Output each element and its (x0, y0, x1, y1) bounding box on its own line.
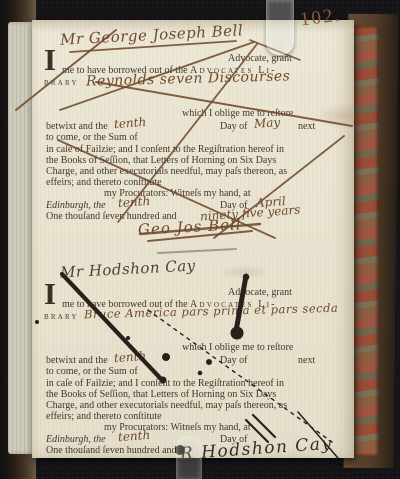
signature-handwritten: R Hodshon Cay (180, 439, 333, 461)
book-title-handwritten: Reynolds seven Discourses (86, 71, 291, 87)
drop-cap: I (44, 280, 56, 308)
ink-stain (315, 102, 373, 130)
edinburgh-day-handwritten: tenth (118, 430, 151, 443)
failzie-line: in caſe of Failzie; and I conſent to the… (46, 378, 284, 389)
open-book-photograph: 102. I Mr George Joseph Bell Advocate, g… (0, 0, 400, 479)
advocate-grant-label: Advocate, grant (228, 287, 292, 298)
transparent-book-strap-bottom (176, 436, 202, 479)
borrower-name-handwritten: Mr George Joseph Bell (60, 25, 244, 46)
failzie-line: in caſe of Failzie; and I conſent to the… (46, 144, 284, 155)
books-of-session-line: the Books of Seſſion, that Letters of Ho… (46, 389, 276, 400)
sum-line: to come, or the Sum of (46, 132, 138, 143)
effeirs-line: effeirs; and thereto conſtitute (46, 411, 162, 422)
marbled-fore-edge (352, 26, 379, 456)
drop-cap: I (44, 46, 56, 74)
effeirs-line: effeirs; and thereto conſtitute (46, 177, 162, 188)
books-of-session-line: the Books of Seſſion, that Letters of Ho… (46, 155, 276, 166)
page-number: 102. (299, 10, 341, 26)
sum-line: to come, or the Sum of (46, 366, 138, 377)
charge-line: Charge, and other executorials needful, … (46, 166, 287, 177)
charge-line: Charge, and other executorials needful, … (46, 400, 287, 411)
pencil-smudge (218, 264, 270, 280)
borrower-name-handwritten: Mr Hodshon Cay (60, 260, 196, 278)
ledger-page: 102. I Mr George Joseph Bell Advocate, g… (32, 20, 354, 458)
signature-handwritten: Geo Jos Bell (138, 219, 242, 235)
library-brary-caps: brary (44, 77, 79, 88)
library-brary-caps: brary (44, 311, 79, 322)
restore-month-handwritten: May (254, 117, 281, 130)
transparent-book-strap-top (266, 0, 294, 55)
restore-day-handwritten: tenth (114, 117, 147, 130)
edinburgh-day-handwritten: tenth (118, 196, 151, 209)
oblige-line: which I oblige me to reſtore (182, 342, 293, 353)
book-title-handwritten: Bruce America pars prima et pars secda (84, 303, 339, 321)
restore-day-handwritten: tenth (114, 351, 147, 364)
